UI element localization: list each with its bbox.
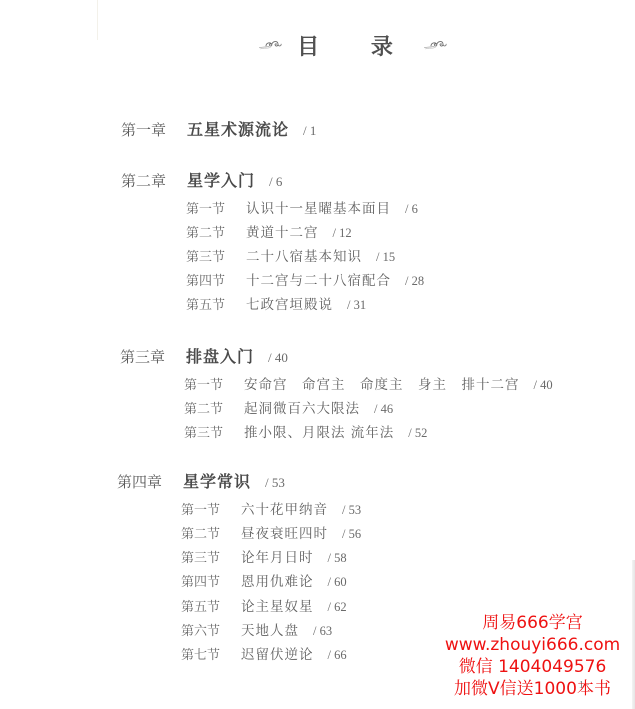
chapter-label: 第三章 <box>120 346 186 367</box>
chapter-title: 排盘入门 <box>186 344 254 367</box>
chapter-entry[interactable]: 第一章 五星术源流论 / 1 <box>121 117 316 140</box>
section-entry[interactable]: 第六节 天地人盘 / 63 <box>181 619 332 639</box>
section-entry[interactable]: 第四节 恩用仇难论 / 60 <box>181 570 347 590</box>
watermark-line-wechat: 微信 1404049576 <box>430 656 635 678</box>
section-label: 第一节 <box>186 198 246 217</box>
watermark: 周易666学宫 www.zhouyi666.com 微信 1404049576 … <box>430 612 635 700</box>
section-entry[interactable]: 第五节 论主星奴星 / 62 <box>181 595 347 615</box>
section-label: 第一节 <box>184 374 244 393</box>
table-of-contents: 第一章 五星术源流论 / 1 第二章 星学入门 / 6 第一节 认识十一星曜基本… <box>0 0 635 709</box>
section-entry[interactable]: 第三节 论年月日时 / 58 <box>181 546 347 566</box>
page-reference: / 53 <box>265 475 285 491</box>
page-reference: / 31 <box>347 298 366 313</box>
page-reference: / 1 <box>303 123 316 139</box>
section-label: 第二节 <box>181 523 241 542</box>
page-reference: / 58 <box>328 551 347 566</box>
section-label: 第四节 <box>181 571 241 590</box>
section-title: 推小限、月限法 流年法 <box>244 421 394 441</box>
chapter-label: 第四章 <box>117 471 183 492</box>
section-label: 第六节 <box>181 620 241 639</box>
section-label: 第三节 <box>184 422 244 441</box>
section-entry[interactable]: 第二节 起洞微百六大限法 / 46 <box>184 397 393 417</box>
section-title: 论年月日时 <box>241 546 314 566</box>
section-label: 第二节 <box>184 398 244 417</box>
section-label: 第五节 <box>181 596 241 615</box>
section-title: 七政宫垣殿说 <box>246 293 333 313</box>
section-title: 黄道十二宫 <box>246 221 319 241</box>
chapter-label: 第二章 <box>121 170 187 191</box>
section-title: 昼夜衰旺四时 <box>241 522 328 542</box>
page-reference: / 6 <box>405 202 418 217</box>
page-reference: / 53 <box>342 503 361 518</box>
page-reference: / 66 <box>328 648 347 663</box>
section-label: 第七节 <box>181 644 241 663</box>
section-label: 第四节 <box>186 270 246 289</box>
page-reference: / 52 <box>408 426 427 441</box>
page-reference: / 15 <box>376 250 395 265</box>
watermark-line-brand: 周易666学宫 <box>430 612 635 634</box>
page-reference: / 6 <box>269 174 282 190</box>
chapter-label: 第一章 <box>121 119 187 140</box>
chapter-title: 星学常识 <box>183 469 251 492</box>
page-reference: / 60 <box>328 575 347 590</box>
page-reference: / 63 <box>313 624 332 639</box>
page-reference: / 40 <box>534 378 553 393</box>
section-entry[interactable]: 第三节 推小限、月限法 流年法 / 52 <box>184 421 427 441</box>
section-title: 十二宫与二十八宿配合 <box>246 269 391 289</box>
page-reference: / 62 <box>328 600 347 615</box>
chapter-entry[interactable]: 第二章 星学入门 / 6 <box>121 168 282 191</box>
section-entry[interactable]: 第三节 二十八宿基本知识 / 15 <box>186 245 395 265</box>
section-label: 第五节 <box>186 294 246 313</box>
section-title: 安命宫 命宫主 命度主 身主 排十二宫 <box>244 373 520 393</box>
section-entry[interactable]: 第二节 黄道十二宫 / 12 <box>186 221 352 241</box>
section-entry[interactable]: 第一节 安命宫 命宫主 命度主 身主 排十二宫 / 40 <box>184 373 553 393</box>
chapter-title: 五星术源流论 <box>187 117 289 140</box>
section-title: 天地人盘 <box>241 619 299 639</box>
section-title: 六十花甲纳音 <box>241 498 328 518</box>
page-reference: / 28 <box>405 274 424 289</box>
section-label: 第二节 <box>186 222 246 241</box>
page-reference: / 40 <box>268 350 288 366</box>
section-title: 二十八宿基本知识 <box>246 245 362 265</box>
page-reference: / 12 <box>333 226 352 241</box>
page-reference: / 46 <box>374 402 393 417</box>
chapter-title: 星学入门 <box>187 168 255 191</box>
section-label: 第三节 <box>181 547 241 566</box>
section-title: 论主星奴星 <box>241 595 314 615</box>
chapter-entry[interactable]: 第四章 星学常识 / 53 <box>117 469 285 492</box>
section-entry[interactable]: 第五节 七政宫垣殿说 / 31 <box>186 293 366 313</box>
section-entry[interactable]: 第四节 十二宫与二十八宿配合 / 28 <box>186 269 424 289</box>
section-entry[interactable]: 第一节 认识十一星曜基本面目 / 6 <box>186 197 418 217</box>
watermark-line-promo: 加微V信送1000本书 <box>430 678 635 700</box>
chapter-entry[interactable]: 第三章 排盘入门 / 40 <box>120 344 288 367</box>
section-label: 第一节 <box>181 499 241 518</box>
section-title: 迟留伏逆论 <box>241 643 314 663</box>
section-title: 起洞微百六大限法 <box>244 397 360 417</box>
section-entry[interactable]: 第七节 迟留伏逆论 / 66 <box>181 643 347 663</box>
section-title: 恩用仇难论 <box>241 570 314 590</box>
section-title: 认识十一星曜基本面目 <box>246 197 391 217</box>
watermark-line-url: www.zhouyi666.com <box>430 634 635 656</box>
section-entry[interactable]: 第二节 昼夜衰旺四时 / 56 <box>181 522 361 542</box>
section-label: 第三节 <box>186 246 246 265</box>
page-reference: / 56 <box>342 527 361 542</box>
section-entry[interactable]: 第一节 六十花甲纳音 / 53 <box>181 498 361 518</box>
